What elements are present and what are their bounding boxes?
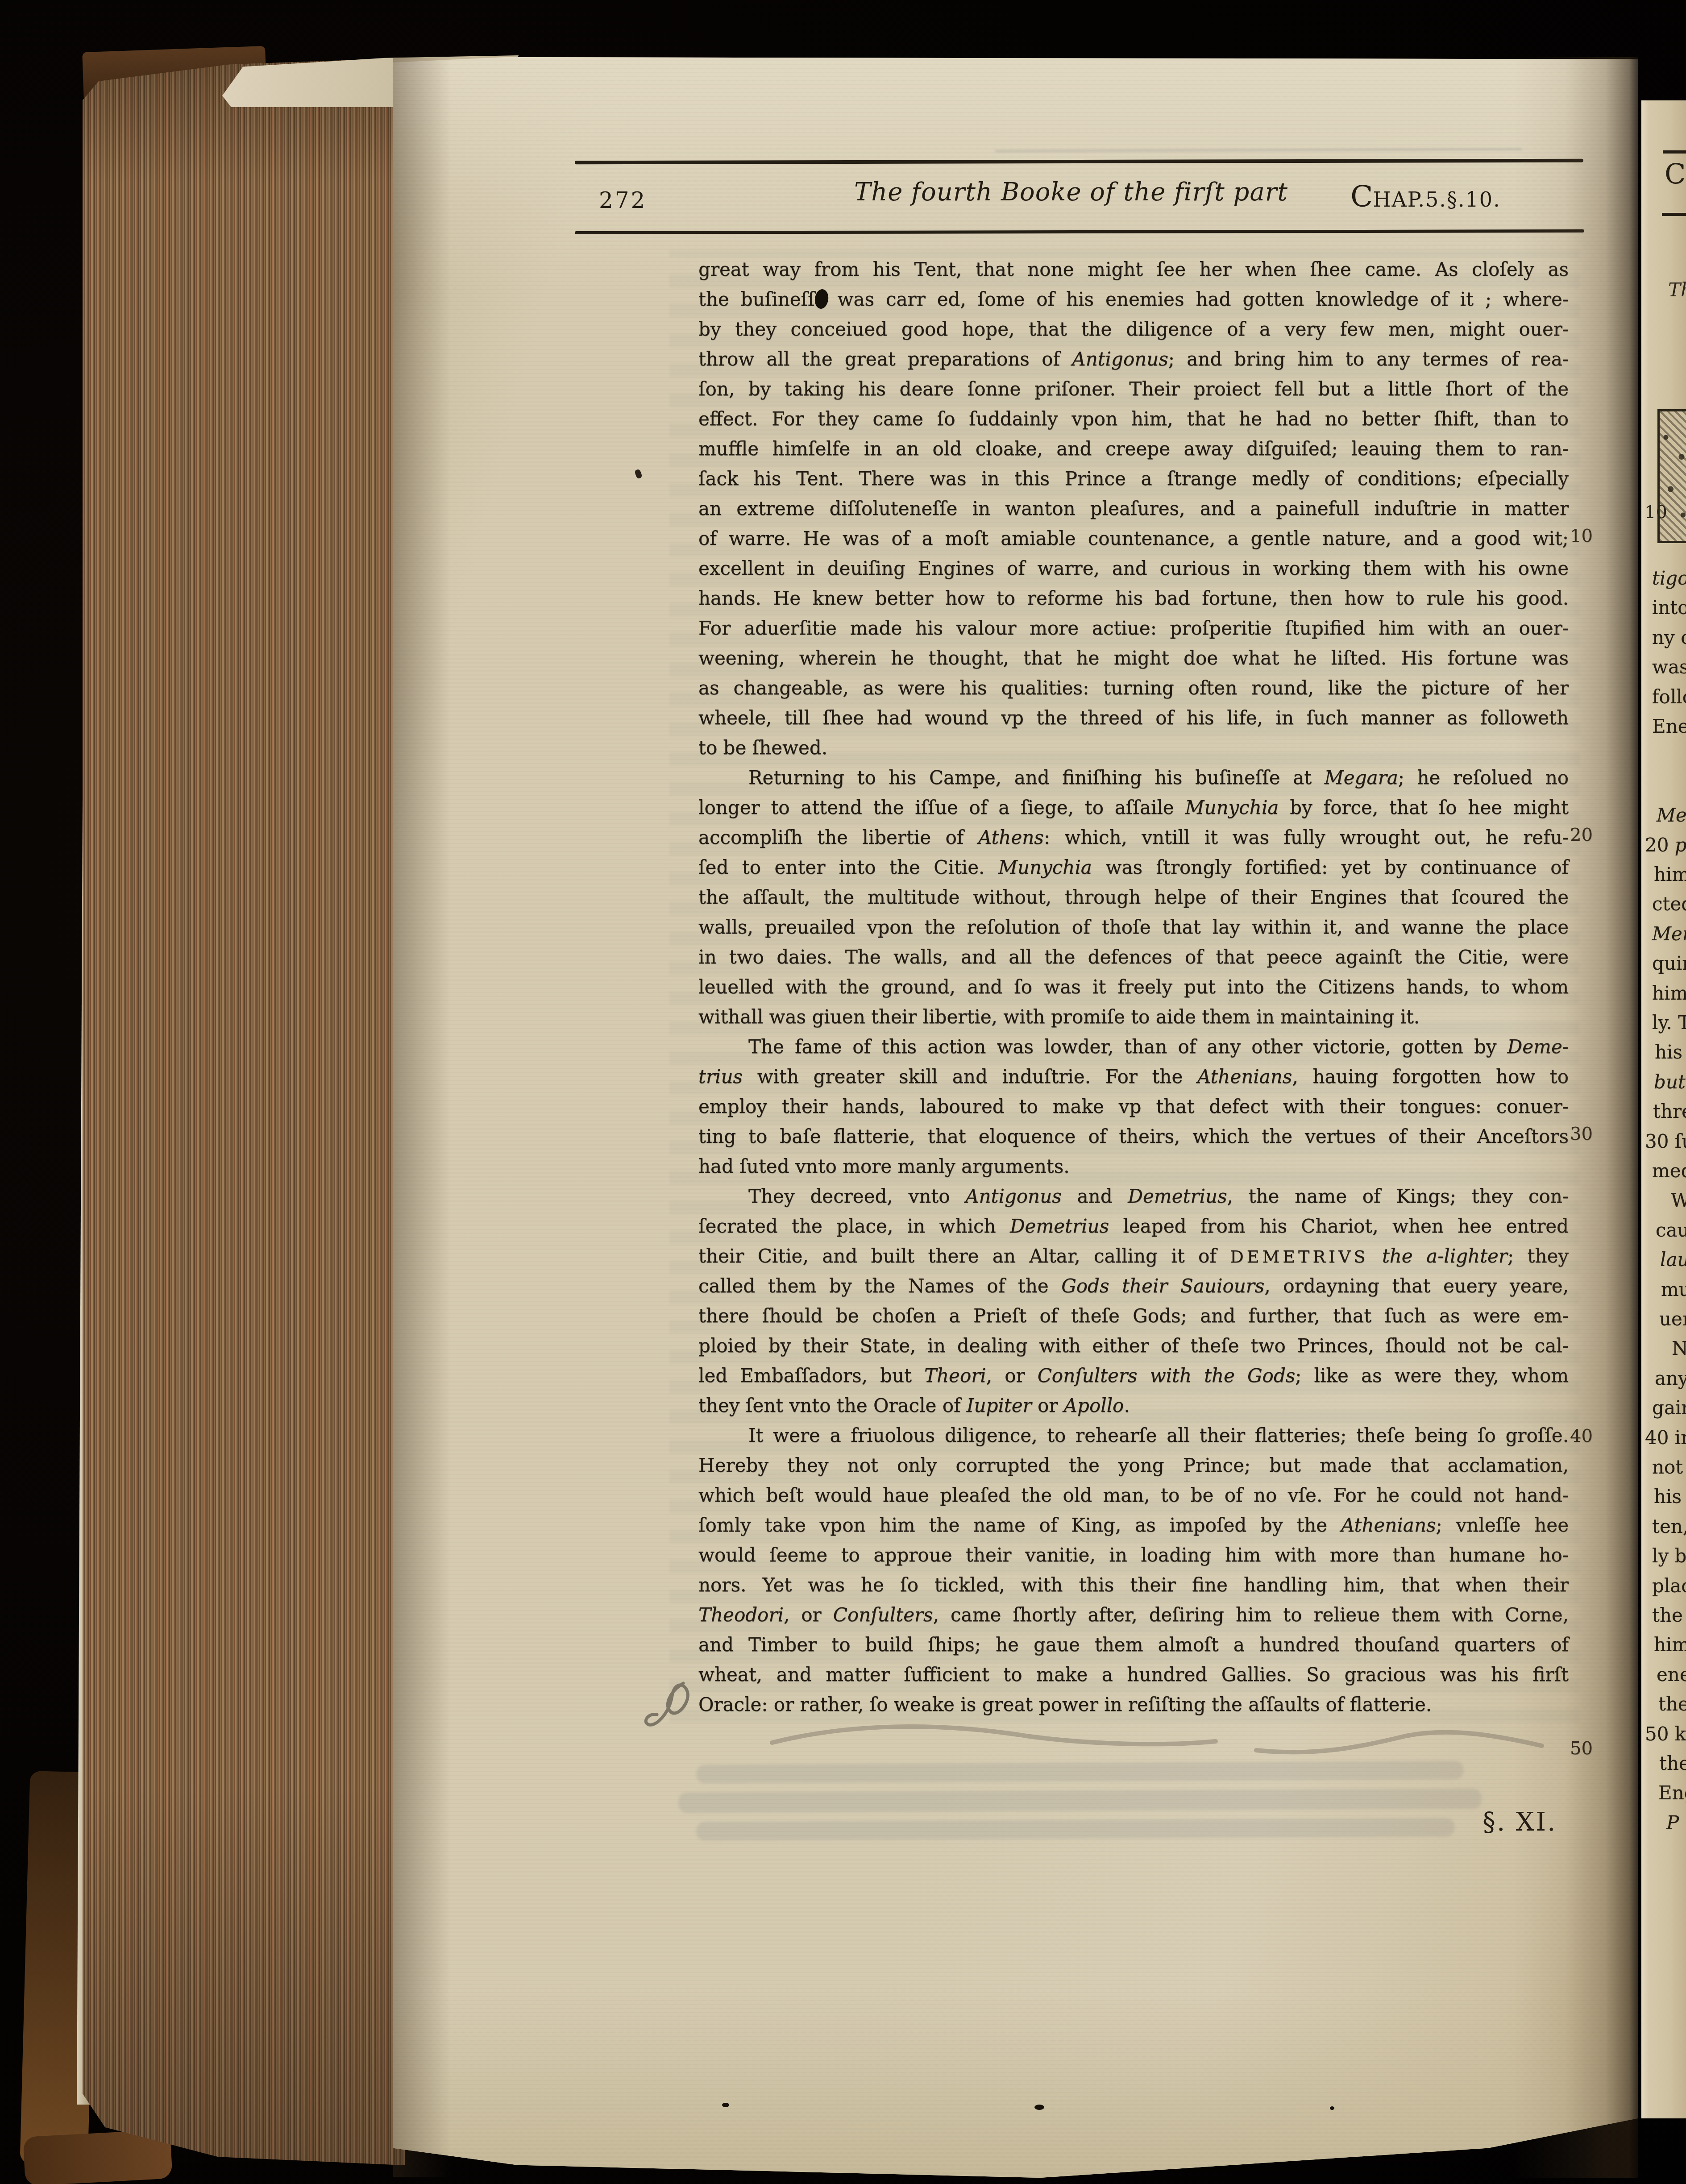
facing-body-line: ly. T — [1652, 1009, 1686, 1037]
text-segment: trius — [698, 1066, 743, 1088]
text-segment: with greater skill and induſtrie. For th… — [743, 1066, 1197, 1088]
margin-line-number: 30 — [1570, 1124, 1610, 1144]
facing-body-line: himſel — [1652, 980, 1686, 1007]
text-segment: DEMETRIVS — [1230, 1247, 1368, 1266]
body-line: led Embaſſadors, but Theori, or Conſulte… — [698, 1361, 1569, 1391]
body-line: ploied by their State, in dealing with e… — [698, 1331, 1569, 1361]
text-segment: , ordayning that euery yeare, — [1264, 1275, 1569, 1297]
text-segment: of warre. He was of a moſt amiable count… — [698, 527, 1569, 549]
body-line: wheele, till ſhee had wound vp the three… — [698, 703, 1569, 733]
text-segment: phoſ — [1675, 834, 1686, 856]
text-segment: wheat, and matter ſufficient to make a h… — [698, 1664, 1569, 1686]
text-segment: , came ſhortly after, deſiring him to re… — [933, 1604, 1569, 1626]
text-segment: ly. T — [1652, 1012, 1686, 1034]
text-segment: Mene — [1652, 923, 1686, 945]
facing-body-line: med i — [1652, 1157, 1686, 1185]
text-segment: Munychia — [998, 856, 1092, 878]
text-segment: ; he reſolued no — [1398, 767, 1569, 789]
text-segment: an extreme diſſoluteneſſe in wanton plea… — [698, 498, 1569, 519]
facing-running-title: The — [1668, 279, 1686, 301]
text-segment: keep — [1675, 1723, 1686, 1745]
text-segment: wheele, till ſhee had wound vp the three… — [698, 707, 1569, 729]
text-segment: ſecrated the place, in which — [698, 1215, 1010, 1237]
text-segment: Deme- — [1507, 1036, 1569, 1058]
book-photo: 272 The fourth Booke of the firſt part C… — [0, 0, 1686, 2184]
text-segment: by they conceiued good hope, that the di… — [698, 318, 1569, 340]
text-segment: to be ſhewed. — [698, 737, 827, 759]
text-segment: walls, preuailed vpon the reſolution of … — [698, 916, 1569, 938]
text-segment: ; and bring him to any termes of rea- — [1168, 348, 1569, 370]
text-segment: 30 — [1645, 1130, 1675, 1152]
page-number: 272 — [599, 187, 647, 213]
facing-header-rule-top — [1663, 150, 1686, 154]
body-line: ting to baſe flatterie, that eloquence o… — [698, 1121, 1569, 1151]
facing-margin-number: 10 — [1644, 502, 1667, 523]
text-segment: ; vnleſſe hee — [1436, 1514, 1569, 1536]
text-segment: cted. — [1652, 893, 1686, 915]
facing-body-line: mu — [1661, 1276, 1686, 1304]
text-segment: Megara — [1325, 767, 1398, 789]
text-segment: effect. For they came ſo ſuddainly vpon … — [698, 408, 1569, 430]
text-segment: laus — [1660, 1249, 1686, 1271]
facing-body-line: cted. — [1652, 890, 1686, 918]
facing-body-line: into th — [1652, 594, 1686, 622]
bleed-through-block — [696, 1760, 1464, 1783]
text-segment: ; like as were they, whom — [1295, 1365, 1569, 1387]
text-segment: ny oth — [1652, 627, 1686, 648]
facing-body-line: uen — [1659, 1305, 1686, 1333]
text-segment: N — [1672, 1337, 1686, 1359]
text-segment: They decreed, vnto — [748, 1185, 965, 1207]
body-line: and Timber to build ſhips; he gaue them … — [698, 1630, 1569, 1660]
text-segment: Gods their Sauiours — [1061, 1275, 1264, 1297]
body-line: leuelled with the ground, and ſo was it … — [698, 972, 1569, 1002]
text-segment: any — [1655, 1367, 1686, 1389]
text-segment: them — [1658, 1693, 1686, 1715]
body-line: as changeable, as were his qualities: tu… — [698, 673, 1569, 703]
body-line: the buſineſſe was carr ed, ſome of his e… — [698, 284, 1569, 314]
body-line: Oracle: or rather, ſo weake is great pow… — [698, 1690, 1569, 1719]
facing-body-line: follo — [1652, 683, 1686, 711]
text-segment: Apollo — [1064, 1395, 1124, 1416]
text-segment: ten, an — [1652, 1516, 1686, 1537]
body-line: of warre. He was of a moſt amiable count… — [698, 523, 1569, 553]
text-segment: the aſſault, the multitude without, thro… — [698, 886, 1569, 908]
facing-body-line: but pe — [1654, 1068, 1686, 1096]
text-segment: called them by the Names of the — [698, 1275, 1061, 1297]
text-segment: or — [1032, 1395, 1064, 1416]
ink-speck — [1330, 2106, 1334, 2110]
facing-body-line: not th — [1652, 1453, 1686, 1481]
body-line: their Citie, and built there an Altar, c… — [698, 1241, 1569, 1271]
text-segment: which beſt would haue pleaſed the old ma… — [698, 1484, 1569, 1506]
text-segment: the a-lighter — [1382, 1245, 1507, 1267]
text-segment: gainſt — [1652, 1397, 1686, 1419]
facing-body-line: cauſe — [1656, 1217, 1686, 1244]
body-line: in two daies. The walls, and all the def… — [698, 942, 1569, 972]
body-line: ſed to enter into the Citie. Munychia wa… — [698, 852, 1569, 882]
facing-body-line: his dea — [1655, 1038, 1686, 1066]
body-line: there ſhould be choſen a Prieſt of theſe… — [698, 1301, 1569, 1331]
text-segment: but pe — [1654, 1071, 1686, 1093]
body-line: had ſuted vnto more manly arguments. — [698, 1151, 1569, 1181]
ink-speck — [722, 2103, 729, 2107]
text-segment: Athenians — [1341, 1514, 1436, 1536]
woodcut-initial — [1657, 409, 1686, 543]
body-line: Hereby they not only corrupted the yong … — [698, 1450, 1569, 1480]
text-segment: led Embaſſadors, but — [698, 1365, 924, 1387]
body-line: employ their hands, laboured to make vp … — [698, 1092, 1569, 1121]
body-line: withall was giuen their libertie, with p… — [698, 1002, 1569, 1032]
facing-body-line: him, n — [1654, 1631, 1686, 1659]
body-line: great way from his Tent, that none might… — [698, 254, 1569, 284]
text-segment: , the name of Kings; they con- — [1227, 1185, 1569, 1207]
body-line: hands. He knew better how to reforme his… — [698, 583, 1569, 613]
text-segment: withall was giuen their libertie, with p… — [698, 1006, 1420, 1028]
running-title: The fourth Booke of the firſt part — [803, 178, 1339, 207]
facing-body-line: N — [1672, 1335, 1686, 1362]
text-segment: , or — [986, 1365, 1038, 1387]
facing-body-line: them — [1658, 1690, 1686, 1718]
facing-body-line: place, r — [1652, 1572, 1686, 1600]
text-segment: , or — [784, 1604, 833, 1626]
text-segment: Munychia — [1185, 797, 1279, 818]
text-segment: the buſineſſe was carr ed, ſome of his e… — [698, 288, 1569, 310]
body-line: the aſſault, the multitude without, thro… — [698, 882, 1569, 912]
text-segment: 20 — [1645, 834, 1675, 856]
body-line: longer to attend the iſſue of a ſiege, t… — [698, 793, 1569, 822]
text-segment: It were a friuolous diligence, to rehear… — [748, 1424, 1569, 1446]
facing-body-line: Me — [1657, 801, 1686, 829]
text-segment: hands. He knew better how to reforme his… — [698, 587, 1569, 609]
text-segment: and Timber to build ſhips; he gaue them … — [698, 1634, 1569, 1656]
text-segment: Hereby they not only corrupted the yong … — [698, 1454, 1569, 1476]
text-segment: uen — [1659, 1308, 1686, 1330]
text-segment: , hauing forgotten how to — [1292, 1066, 1569, 1088]
text-segment: ; they — [1507, 1245, 1569, 1267]
text-segment: into th — [1652, 597, 1686, 619]
text-segment: by force, that ſo hee might — [1279, 797, 1569, 818]
text-segment — [1369, 1245, 1382, 1267]
facing-chapter-heading: CH — [1665, 158, 1686, 190]
text-segment: 40 — [1645, 1427, 1675, 1449]
text-segment: his dea — [1655, 1041, 1686, 1063]
text-segment: leuelled with the ground, and ſo was it … — [698, 976, 1569, 998]
body-line: The fame of this action was lowder, than… — [698, 1032, 1569, 1062]
facing-header-rule-bottom — [1662, 213, 1686, 216]
text-segment: Theodori — [698, 1604, 784, 1626]
facing-body-line: tigonus — [1652, 565, 1686, 592]
body-line: by they conceiued good hope, that the di… — [698, 314, 1569, 344]
margin-line-number: 10 — [1570, 526, 1610, 546]
text-segment: follo — [1652, 686, 1686, 708]
body-line: ſack his Tent. There was in this Prince … — [698, 464, 1569, 494]
facing-body-line: Ene — [1652, 713, 1686, 740]
facing-body-line: the pre — [1652, 1602, 1686, 1629]
text-segment: Demetrius — [1128, 1185, 1227, 1207]
text-segment: Athenians — [1197, 1066, 1292, 1088]
margin-line-number: 20 — [1570, 825, 1610, 845]
body-line: They decreed, vnto Antigonus and Demetri… — [698, 1181, 1569, 1211]
body-line: wheat, and matter ſufficient to make a h… — [698, 1660, 1569, 1690]
body-line: ſon, by taking his deare ſonne priſoner.… — [698, 374, 1569, 404]
body-line: called them by the Names of the Gods the… — [698, 1271, 1569, 1301]
facing-body-line: W — [1671, 1187, 1686, 1214]
text-segment: Eng — [1658, 1782, 1686, 1804]
text-segment: Ene — [1652, 715, 1686, 737]
text-segment: was e — [1652, 656, 1686, 678]
text-segment: ſomly take vpon him the name of King, as… — [698, 1514, 1341, 1536]
text-segment: cauſe — [1656, 1219, 1686, 1241]
body-line: would ſeeme to approue their vanitie, in… — [698, 1540, 1569, 1570]
text-segment: him, n — [1654, 1634, 1686, 1656]
body-line: muffle himſelfe in an old cloake, and cr… — [698, 434, 1569, 464]
body-line: ſomly take vpon him the name of King, as… — [698, 1510, 1569, 1540]
body-line: which beſt would haue pleaſed the old ma… — [698, 1480, 1569, 1510]
chapter-heading: CHAP.5.§.10. — [1350, 179, 1501, 214]
text-segment: longer to attend the iſſue of a ſiege, t… — [698, 797, 1185, 818]
text-segment: ſon, by taking his deare ſonne priſoner.… — [698, 378, 1569, 400]
text-segment: ſed to enter into the Citie. — [698, 856, 998, 878]
text-segment: leaped from his Chariot, when hee entred — [1109, 1215, 1569, 1237]
body-line: an extreme diſſoluteneſſe in wanton plea… — [698, 494, 1569, 523]
ink-speck — [1034, 2105, 1044, 2110]
body-line: effect. For they came ſo ſuddainly vpon … — [698, 404, 1569, 434]
facing-body-line: quired — [1652, 950, 1686, 977]
text-segment: in two daies. The walls, and all the def… — [698, 946, 1569, 968]
text-segment: 50 — [1645, 1723, 1675, 1745]
facing-body-line: ten, an — [1652, 1513, 1686, 1540]
text-segment: . — [1124, 1395, 1130, 1416]
text-segment: tigonus — [1652, 567, 1686, 589]
body-text: great way from his Tent, that none might… — [698, 254, 1569, 1719]
text-segment: himſel — [1652, 982, 1686, 1004]
body-line: walls, preuailed vpon the reſolution of … — [698, 912, 1569, 942]
fore-edge-page-stack — [83, 58, 405, 2165]
margin-line-number: 50 — [1570, 1738, 1610, 1759]
text-segment: Theori — [924, 1365, 986, 1387]
facing-body-line: ly beſie — [1652, 1542, 1686, 1570]
facing-body-line: P — [1666, 1809, 1679, 1837]
text-segment: excellent in deuiſing Engines of warre, … — [698, 557, 1569, 579]
chapter-heading-initial: C — [1350, 179, 1373, 214]
facing-chapter-heading-initial: C — [1665, 158, 1686, 190]
text-segment: throw all the great preparations of — [698, 348, 1072, 370]
text-segment: and — [1062, 1185, 1128, 1207]
body-line: to be ſhewed. — [698, 733, 1569, 763]
facing-body-line: Mene — [1652, 920, 1686, 948]
facing-body-line: 20 phoſ — [1645, 831, 1686, 859]
text-segment: muffle himſelfe in an old cloake, and cr… — [698, 438, 1569, 460]
text-segment: Demetrius — [1010, 1215, 1109, 1237]
text-segment: not th — [1652, 1456, 1686, 1478]
facing-body-line: any — [1655, 1365, 1686, 1392]
text-segment: For aduerſitie made his valour more acti… — [698, 617, 1569, 639]
text-segment: his Ga — [1654, 1486, 1686, 1507]
body-line: It were a friuolous diligence, to rehear… — [698, 1420, 1569, 1450]
body-line: excellent in deuiſing Engines of warre, … — [698, 553, 1569, 583]
text-segment: they ſent vnto the Oracle of — [698, 1395, 967, 1416]
text-segment: Antigonus — [965, 1185, 1062, 1207]
body-line: Theodori, or Conſulters, came ſhortly af… — [698, 1600, 1569, 1630]
body-line: accompliſh the libertie of Athens: which… — [698, 822, 1569, 852]
text-segment: ſack his Tent. There was in this Prince … — [698, 468, 1569, 490]
text-segment: : which, vntill it was fully wrought out… — [1044, 826, 1569, 848]
body-line: Returning to his Campe, and finiſhing hi… — [698, 763, 1569, 793]
margin-line-number: 40 — [1570, 1426, 1610, 1446]
body-line: ſecrated the place, in which Demetrius l… — [698, 1211, 1569, 1241]
text-segment: ploied by their State, in dealing with e… — [698, 1335, 1569, 1357]
catchword: §. XI. — [1483, 1806, 1557, 1837]
text-segment: would ſeeme to approue their vanitie, in… — [698, 1544, 1569, 1566]
text-segment: great way from his Tent, that none might… — [698, 258, 1569, 280]
text-segment: Returning to his Campe, and finiſhing hi… — [748, 767, 1325, 789]
page-left-shadow — [393, 57, 451, 2177]
text-segment: their Citie, and built there an Altar, c… — [698, 1245, 1230, 1267]
facing-body-line: 40 indiffe — [1645, 1424, 1686, 1452]
body-line: trius with greater skill and induſtrie. … — [698, 1062, 1569, 1092]
bleed-through-block — [696, 1818, 1455, 1841]
facing-body-line: 50 keep — [1645, 1720, 1686, 1748]
text-segment: accompliſh the libertie of — [698, 826, 978, 848]
text-segment: Athens — [978, 826, 1044, 848]
text-segment: was ſtrongly fortified: yet by continuan… — [1092, 856, 1569, 878]
body-line: weening, wherein he thought, that he mig… — [698, 643, 1569, 673]
text-segment: The fame of this action was lowder, than… — [748, 1036, 1507, 1058]
facing-body-line: gainſt — [1652, 1394, 1686, 1422]
facing-body-line: laus — [1660, 1246, 1686, 1274]
text-segment: there ſhould be choſen a Prieſt of theſe… — [698, 1305, 1569, 1327]
text-segment: thren — [1653, 1100, 1686, 1122]
chapter-heading-rest: HAP.5.§.10. — [1373, 187, 1501, 212]
facing-body-line: enemi — [1657, 1661, 1686, 1689]
facing-body-line: the — [1659, 1750, 1686, 1777]
text-segment: Me — [1657, 804, 1686, 826]
bleed-through-block — [678, 1788, 1482, 1813]
facing-body-line: thren — [1653, 1098, 1686, 1125]
facing-body-line: was e — [1652, 653, 1686, 681]
body-line: For aduerſitie made his valour more acti… — [698, 613, 1569, 643]
text-segment: mu — [1661, 1279, 1686, 1300]
facing-body-line: him — [1654, 861, 1686, 889]
facing-body-line: 30 ſudda — [1645, 1128, 1686, 1155]
text-segment: quired — [1652, 952, 1686, 974]
text-segment: ly beſie — [1652, 1545, 1686, 1567]
text-segment: P — [1666, 1812, 1679, 1834]
facing-body-line: Eng — [1658, 1779, 1686, 1807]
text-segment: enemi — [1657, 1664, 1686, 1686]
facing-body-line: ny oth — [1652, 624, 1686, 652]
text-segment: nors. Yet was he ſo tickled, with this t… — [698, 1574, 1569, 1596]
facing-body-line: his Ga — [1654, 1483, 1686, 1511]
text-segment: him — [1654, 864, 1686, 885]
text-segment: Conſulters with the Gods — [1038, 1365, 1296, 1387]
text-segment: employ their hands, laboured to make vp … — [698, 1096, 1569, 1117]
text-segment: as changeable, as were his qualities: tu… — [698, 677, 1569, 699]
text-segment: place, r — [1652, 1575, 1686, 1597]
text-segment: the — [1659, 1752, 1686, 1774]
body-line: throw all the great preparations of Anti… — [698, 344, 1569, 374]
text-segment: W — [1671, 1189, 1686, 1211]
text-segment: weening, wherein he thought, that he mig… — [698, 647, 1569, 669]
text-segment: Iupiter — [967, 1395, 1032, 1416]
text-segment: Antigonus — [1072, 348, 1168, 370]
text-segment: ting to baſe flatterie, that eloquence o… — [698, 1125, 1569, 1147]
body-line: nors. Yet was he ſo tickled, with this t… — [698, 1570, 1569, 1600]
text-segment: had ſuted vnto more manly arguments. — [698, 1155, 1070, 1177]
text-segment: indiffe — [1675, 1427, 1686, 1449]
text-segment: ſudda — [1675, 1130, 1686, 1152]
text-segment: Oracle: or rather, ſo weake is great pow… — [698, 1694, 1432, 1715]
text-segment: Conſulters — [833, 1604, 933, 1626]
text-segment: med i — [1652, 1160, 1686, 1182]
body-line: they ſent vnto the Oracle of Iupiter or … — [698, 1391, 1569, 1420]
right-page-sliver: CH The 10 tigonusinto thny othwas efollo… — [1641, 100, 1686, 2118]
text-segment: the pre — [1652, 1604, 1686, 1626]
